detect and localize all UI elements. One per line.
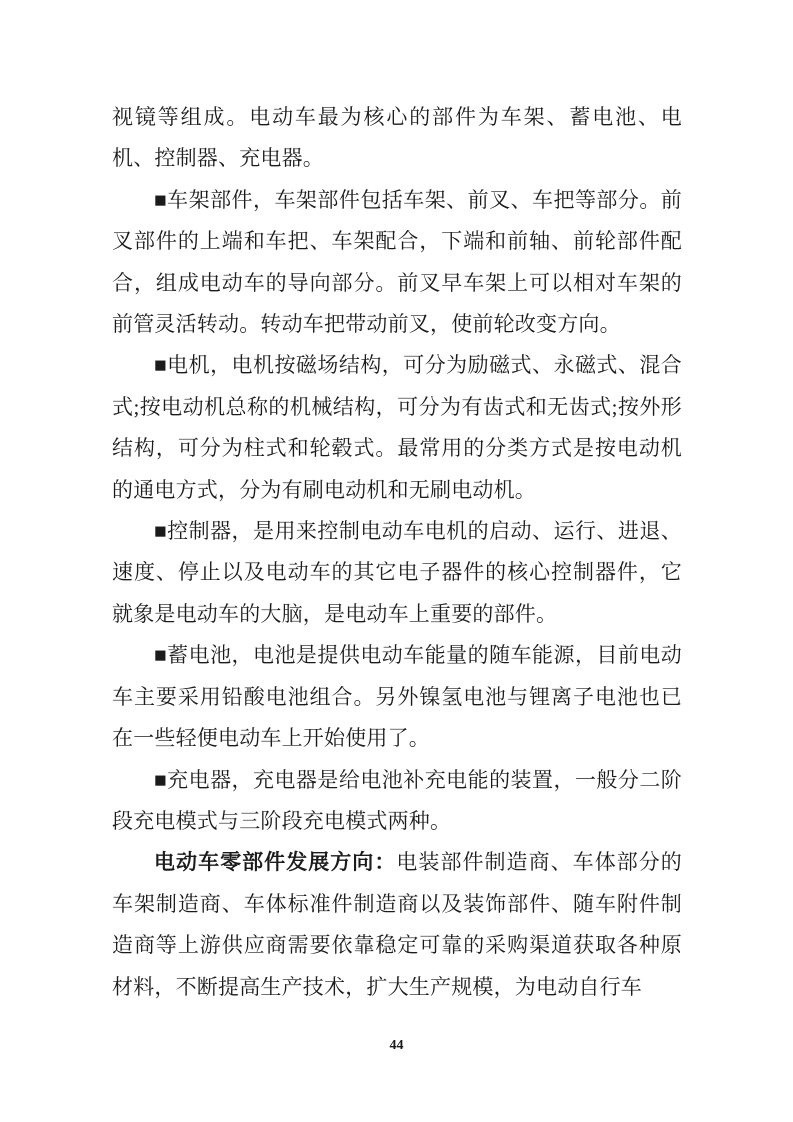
document-page: 视镜等组成。电动车最为核心的部件为车架、蓄电池、电机、控制器、充电器。■车架部件…	[0, 0, 793, 1122]
text-run: 视镜等组成。电动车最为核心的部件为车架、蓄电池、电机、控制器、充电器。	[112, 105, 682, 170]
paragraph-motor: ■电机，电机按磁场结构，可分为励磁式、永磁式、混合式;按电动机总称的机械结构，可…	[112, 345, 682, 511]
text-run: ■充电器，充电器是给电池补充电能的装置，一般分二阶段充电模式与三阶段充电模式两种…	[112, 768, 682, 833]
text-run: ■控制器，是用来控制电动车电机的启动、运行、进退、速度、停止以及电动车的其它电子…	[112, 519, 682, 626]
paragraph-development-direction: 电动车零部件发展方向：电装部件制造商、车体部分的车架制造商、车体标准件制造商以及…	[112, 842, 682, 1008]
page-number: 44	[0, 1038, 793, 1054]
text-run: ■蓄电池，电池是提供电动车能量的随车能源，目前电动车主要采用铅酸电池组合。另外镍…	[112, 643, 682, 750]
paragraph-controller: ■控制器，是用来控制电动车电机的启动、运行、进退、速度、停止以及电动车的其它电子…	[112, 511, 682, 635]
paragraph-charger: ■充电器，充电器是给电池补充电能的装置，一般分二阶段充电模式与三阶段充电模式两种…	[112, 760, 682, 843]
text-run: ■车架部件，车架部件包括车架、前叉、车把等部分。前叉部件的上端和车把、车架配合，…	[112, 188, 682, 336]
paragraph-battery: ■蓄电池，电池是提供电动车能量的随车能源，目前电动车主要采用铅酸电池组合。另外镍…	[112, 635, 682, 759]
paragraph-core-parts-continuation: 视镜等组成。电动车最为核心的部件为车架、蓄电池、电机、控制器、充电器。	[112, 97, 682, 180]
document-body: 视镜等组成。电动车最为核心的部件为车架、蓄电池、电机、控制器、充电器。■车架部件…	[112, 97, 682, 1008]
bold-lead-run: 电动车零部件发展方向：	[154, 850, 396, 874]
paragraph-frame-parts: ■车架部件，车架部件包括车架、前叉、车把等部分。前叉部件的上端和车把、车架配合，…	[112, 180, 682, 346]
text-run: ■电机，电机按磁场结构，可分为励磁式、永磁式、混合式;按电动机总称的机械结构，可…	[112, 353, 682, 501]
